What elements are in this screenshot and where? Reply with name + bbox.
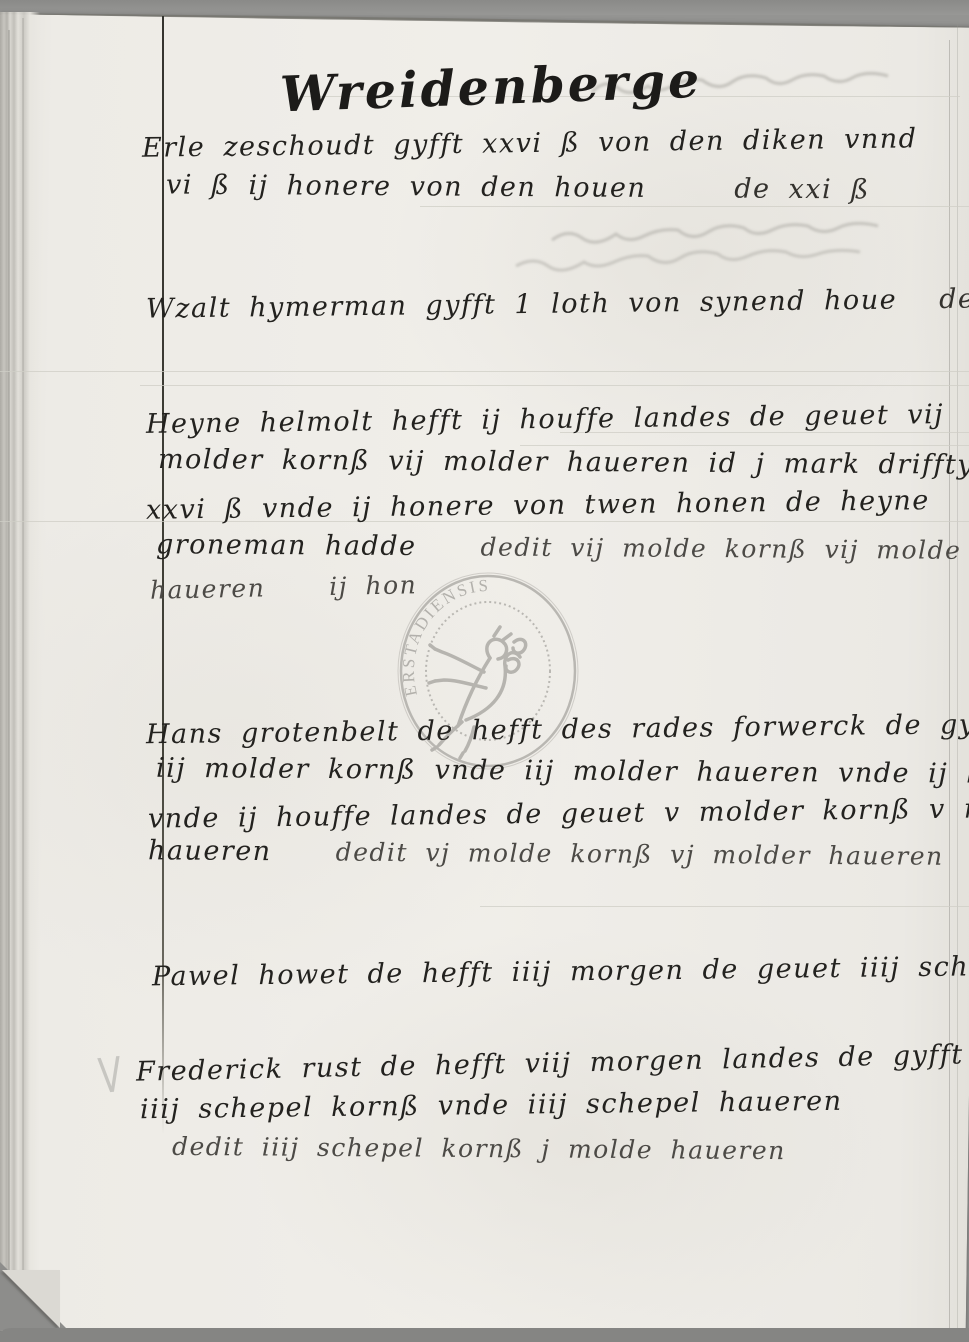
ruled-line [0,371,969,372]
entry3-line4-text: groneman hadde [156,529,417,562]
ruled-line [480,906,969,907]
entry3-line2: molder kornß vij molder haueren id j mar… [158,444,969,481]
entry3-dedit-note2: haueren [150,573,266,604]
entry4-line4-text: haueren [148,835,272,867]
binding-crease [22,18,24,1318]
entry3-dedit-note3: ij hon [329,570,418,601]
scanner-edge-bottom [0,1328,969,1342]
entry6-dedit-note: dedit iiij schepel kornß j molde haueren [172,1132,786,1165]
ruled-line [420,206,969,207]
spacer [646,197,734,198]
entry4-line2: iij molder kornß vnde iij molder haueren… [156,753,969,790]
entry4-line4: hauerendedit vj molde kornß vj molder ha… [148,835,944,872]
entry2-rent-note: de j hon [939,282,969,315]
page-right-edge [949,40,950,1330]
corner-fold [2,1270,60,1328]
entry4-dedit-note: dedit vj molde kornß vj molder haueren [336,838,944,871]
ruled-line [520,445,969,446]
binding-crease [8,30,10,1310]
scanner-edge-top [0,0,969,15]
manuscript-scan: ERSTADIENSIS ✠ SECRETUM C Wreidenberge E… [0,0,969,1342]
binding-edge [0,12,40,1330]
entry1-line2-text: vi ß ij honere von den houen [166,170,646,204]
page-right-edge [957,20,958,1330]
entry3-line4: groneman haddededit vij molde kornß vij … [156,529,962,566]
ruled-line [140,385,969,386]
bleedthrough-text [512,248,907,282]
spacer [897,308,939,309]
entry3-dedit-note: dedit vij molde kornß vij molde [480,532,961,564]
spacer [265,595,329,596]
entry1-rent-note: de xxi ß [734,174,870,206]
entry3-line5: hauerenij hon [150,569,418,606]
entry1-line2: vi ß ij honere von den houende xxi ß [166,170,870,206]
